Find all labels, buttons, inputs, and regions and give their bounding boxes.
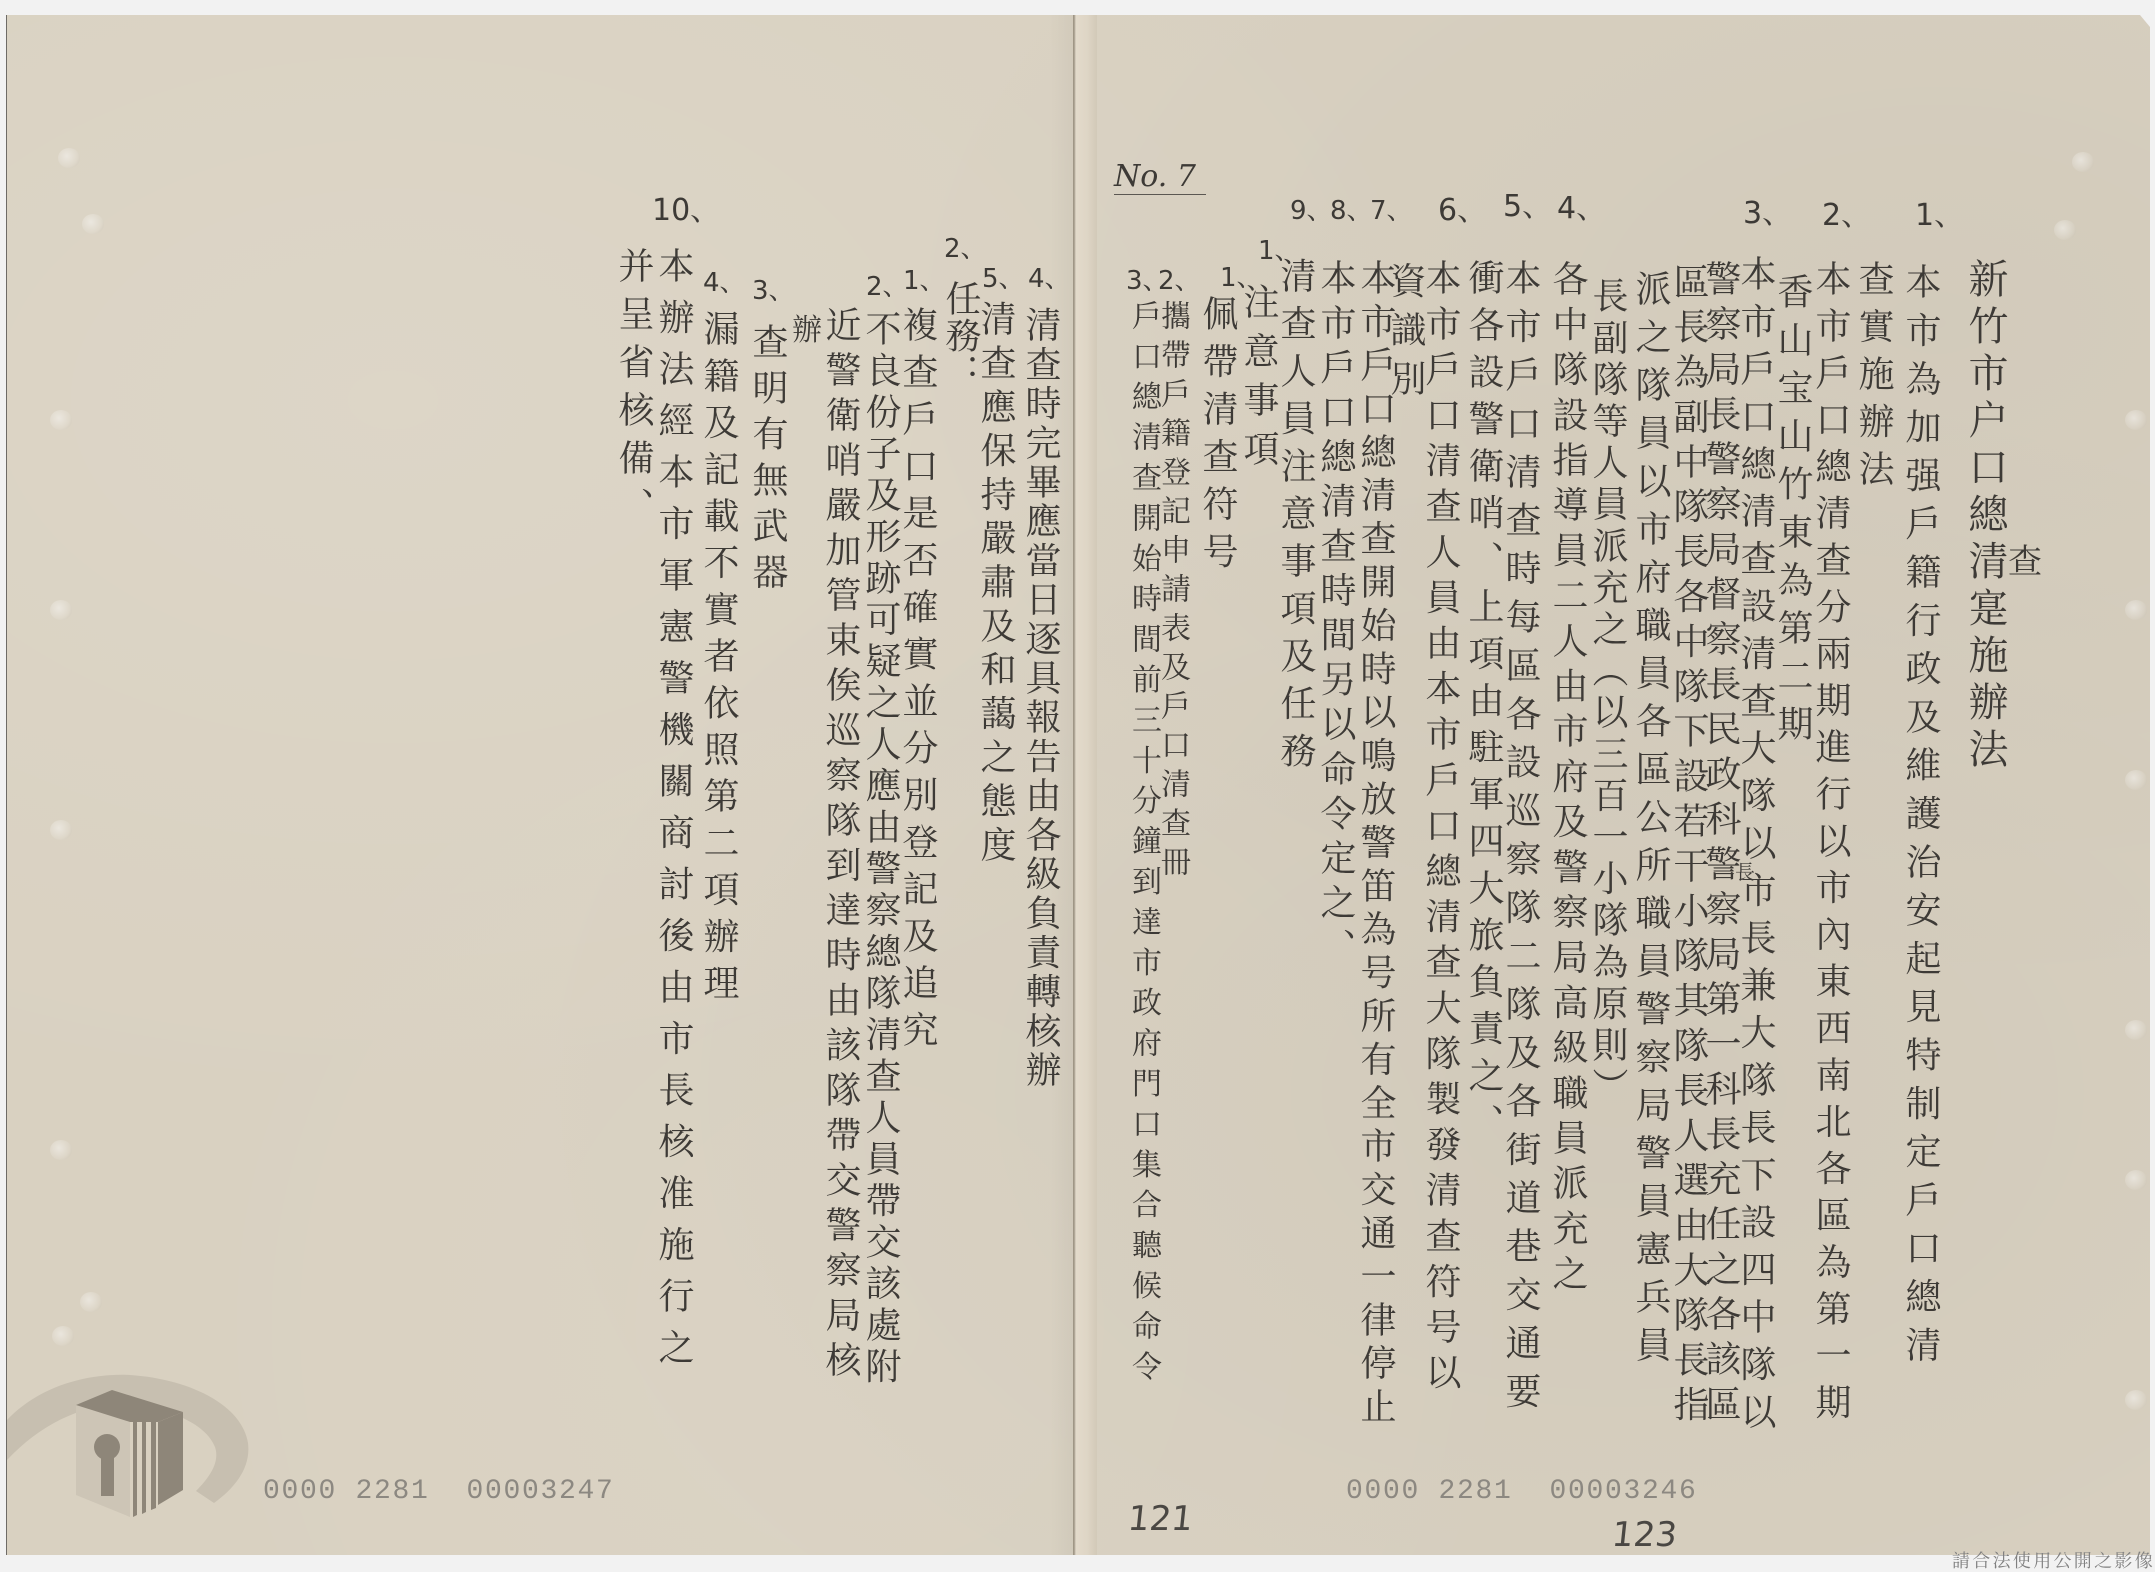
item-number: 1、 <box>1915 201 1964 231</box>
item-number: 5、 <box>982 266 1025 292</box>
archive-stamp-left: 0000 2281 00003247 <box>263 1478 615 1506</box>
text-column: 清查人員注意事項及任務 <box>1277 257 1313 780</box>
hole-mark <box>2125 770 2147 790</box>
usage-watermark: 請合法使用公開之影像 <box>1952 1553 2155 1571</box>
hole-mark <box>2125 410 2147 430</box>
item-number: 4、 <box>703 270 746 296</box>
handwritten-page-number-right: 123 <box>1610 1518 1678 1552</box>
hole-mark <box>52 1326 74 1346</box>
hole-mark <box>2072 152 2094 172</box>
item-number: 7、 <box>1370 198 1413 224</box>
archive-book-keyhole-icon <box>0 1365 260 1530</box>
text-column: 戶口總清查開始時間前三十分鐘到達市政府門口集合聽候命令 <box>1128 300 1158 1391</box>
handwritten-page-number-left: 121 <box>1126 1502 1194 1536</box>
hole-mark <box>2125 1020 2147 1040</box>
text-column: 複查戶口是否確實並分別登記及追究 <box>899 306 935 1058</box>
item-number: 2、 <box>1822 201 1871 231</box>
item-number: 5、 <box>1503 192 1552 222</box>
item-number: 3、 <box>1743 199 1792 229</box>
text-column: 攜帶戶籍登記申請表及戶口清查冊 <box>1157 300 1187 885</box>
hole-mark <box>50 410 72 430</box>
page-label: No. 7 <box>1114 160 1206 195</box>
item-number: 2、 <box>866 274 909 300</box>
item-number: 2、 <box>944 236 987 262</box>
hole-mark <box>2125 600 2147 620</box>
text-column: 注意事項 <box>1240 283 1276 479</box>
document-title: 新竹市户口總清寔施辦法 <box>1965 258 2005 775</box>
text-column: 本市戶口清查人員由本市戶口總清查大隊製發清查符号以 <box>1422 259 1458 1399</box>
text-column: 香山宝山竹東為第二期 <box>1774 273 1810 753</box>
section-heading: 任務： <box>942 280 978 390</box>
hole-mark <box>58 148 80 168</box>
item-number: 8、 <box>1330 198 1373 224</box>
text-column: 本市為加强戶籍行政及維護治安起見特制定戶口總清 <box>1902 263 1938 1374</box>
text-column: 本市戶口清查時每區各設巡察隊二隊及各街道巷交通要 <box>1502 259 1538 1421</box>
text-column: 衝各設警衛哨、上項由駐軍四大旅負責之、 <box>1465 259 1501 1150</box>
text-column: 清查時完畢應當日逐具報告由各級負責轉核辦 <box>1022 306 1058 1090</box>
text-column: 佩帶清查符号 <box>1199 295 1235 580</box>
hole-mark <box>50 600 72 620</box>
hole-mark <box>50 1140 72 1160</box>
margin-insertion: 辦 <box>792 316 822 346</box>
margin-insertion: 長 <box>1735 862 1755 882</box>
hole-mark <box>82 214 104 234</box>
item-number: 4、 <box>1028 266 1071 292</box>
hole-mark <box>2125 1390 2147 1410</box>
text-column: 本市戶口總清查開始時以鳴放警笛為号所有全市交通一律停止 <box>1357 259 1393 1431</box>
text-column: 長副隊等人員派充之（以三百一小隊為原則） <box>1589 277 1625 1109</box>
sub-item-number: 3、 <box>1126 268 1169 294</box>
item-number: 9、 <box>1290 198 1333 224</box>
hole-mark <box>80 1292 102 1312</box>
text-column: 近警衛哨嚴加管束俟巡察隊到達時由該隊帶交警察局核 <box>822 306 858 1386</box>
hole-mark <box>50 820 72 840</box>
text-column: 清查應保持嚴肅及和藹之態度 <box>977 300 1013 869</box>
text-column: 本市戶口總清查分兩期進行以市內東西南北各區為第一期 <box>1812 260 1848 1430</box>
item-number: 10、 <box>652 196 720 226</box>
text-column: 不良份子及形跡可疑之人應由警察總隊清查人員帶交該處附 <box>862 310 898 1389</box>
text-column: 區長為副中隊長各中隊下設若干小隊其隊長人選由大隊長指 <box>1670 263 1706 1430</box>
text-column: 派之隊員以市府職員各區公所職員警察局警員憲兵員 <box>1632 270 1668 1374</box>
hole-mark <box>2125 1170 2147 1190</box>
text-column: 本辦法經本市軍憲警機關商討後由市長核准施行之 <box>655 247 691 1380</box>
text-column: 漏籍及記載不實者依照第二項辦理 <box>700 310 736 1011</box>
archive-stamp-right: 0000 2281 00003246 <box>1346 1478 1698 1506</box>
item-number: 3、 <box>752 278 795 304</box>
text-column: 本市戶口總清查時間另以命令定之、 <box>1317 259 1353 973</box>
text-column: 查實施辦法 <box>1855 260 1891 497</box>
item-number: 4、 <box>1557 194 1606 224</box>
text-column: 本市戶口總清查設清查大隊以市長兼大隊長下設四中隊以 <box>1737 255 1773 1440</box>
hole-mark <box>2054 220 2076 240</box>
text-column: 查明有無武器 <box>749 323 785 599</box>
title-correction: 查 <box>2008 545 2042 579</box>
text-column: 各中隊設指導員二人由市府及警察局高級職員派充之 <box>1549 260 1585 1300</box>
center-fold <box>1073 15 1097 1555</box>
text-column: 并呈省核備、 <box>615 247 651 535</box>
item-number: 6、 <box>1438 196 1487 226</box>
